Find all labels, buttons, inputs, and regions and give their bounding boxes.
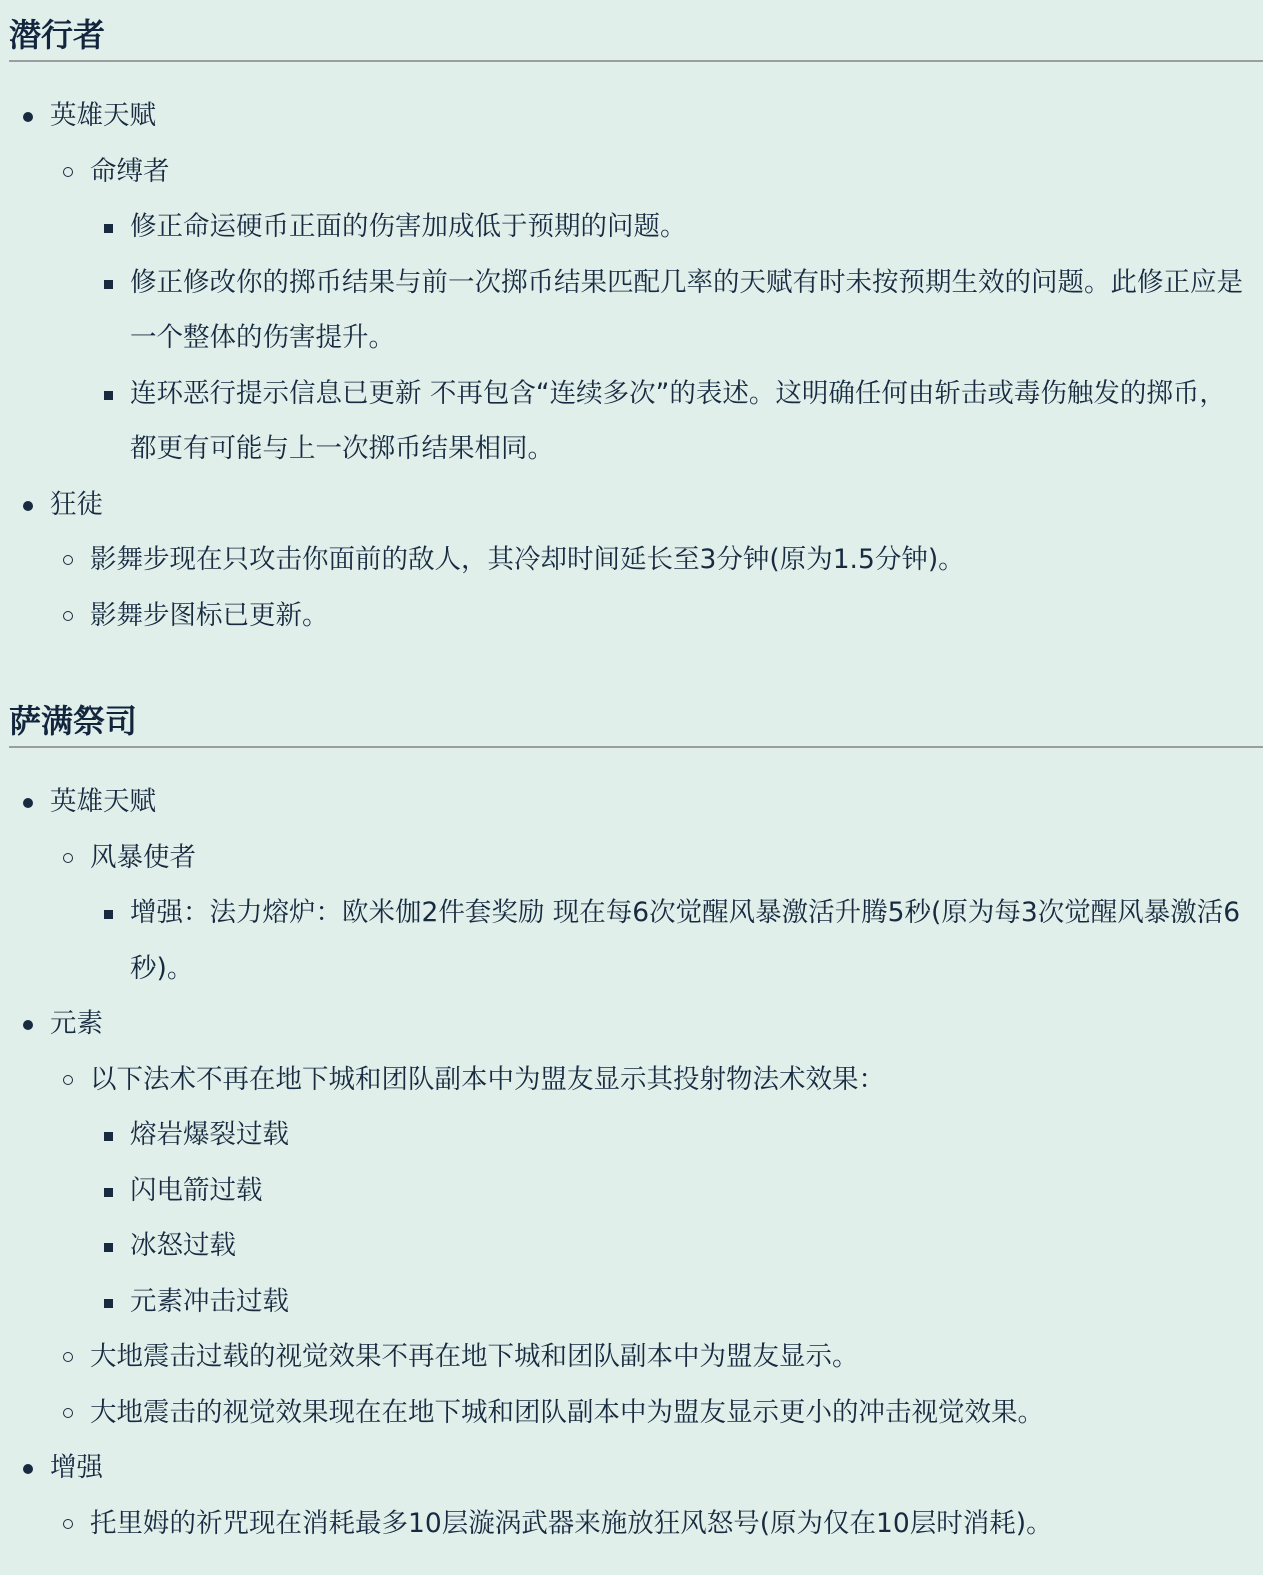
list-item-outlaw: 狂徒 影舞步现在只攻击你面前的敌人，其冷却时间延长至3分钟(原为1.5分钟)。 … [0, 477, 1263, 644]
list-item-note: 增强：法力熔炉：欧米伽2件套奖励 现在每6次觉醒风暴激活升腾5秒(原为每3次觉醒… [0, 885, 1263, 996]
rogue-list: 英雄天赋 命缚者 修正命运硬币正面的伤害加成低于预期的问题。 修正修改你的掷币结… [0, 88, 1263, 643]
list-item-note: 以下法术不再在地下城和团队副本中为盟友显示其投射物法术效果： 熔岩爆裂过载 闪电… [0, 1052, 1263, 1330]
list-item-spell: 熔岩爆裂过载 [0, 1107, 1263, 1163]
list-item-note: 影舞步现在只攻击你面前的敌人，其冷却时间延长至3分钟(原为1.5分钟)。 [0, 532, 1263, 588]
bullet-circle-icon [63, 1408, 73, 1418]
list-item-hero-talents: 英雄天赋 风暴使者 增强：法力熔炉：欧米伽2件套奖励 现在每6次觉醒风暴激活升腾… [0, 774, 1263, 996]
list-item-note: 连环恶行提示信息已更新 不再包含“连续多次”的表述。这明确任何由斩击或毒伤触发的… [0, 366, 1263, 477]
list-item-label: 风暴使者 [90, 830, 1263, 886]
list-item-note: 修正命运硬币正面的伤害加成低于预期的问题。 [0, 199, 1263, 255]
bullet-disc-icon [23, 798, 33, 808]
bullet-disc-icon [23, 112, 33, 122]
note-text: 影舞步图标已更新。 [90, 588, 1263, 644]
bullet-circle-icon [63, 1352, 73, 1362]
bullet-circle-icon [63, 1519, 73, 1529]
list-item-note: 大地震击过载的视觉效果不再在地下城和团队副本中为盟友显示。 [0, 1329, 1263, 1385]
list-item-label: 命缚者 [90, 144, 1263, 200]
bullet-square-icon [104, 280, 113, 289]
note-text: 托里姆的祈咒现在消耗最多10层漩涡武器来施放狂风怒号(原为仅在10层时消耗)。 [90, 1496, 1263, 1552]
list-item-spell: 冰怒过载 [0, 1218, 1263, 1274]
outlaw-notes: 影舞步现在只攻击你面前的敌人，其冷却时间延长至3分钟(原为1.5分钟)。 影舞步… [50, 532, 1263, 643]
spell-name: 冰怒过载 [130, 1218, 1263, 1274]
enhancement-notes: 托里姆的祈咒现在消耗最多10层漩涡武器来施放狂风怒号(原为仅在10层时消耗)。 [50, 1496, 1263, 1552]
section-rogue: 潜行者 英雄天赋 命缚者 修正命运硬币正面的伤害加成低于预期的问题。 [0, 12, 1263, 643]
bullet-circle-icon [63, 611, 73, 621]
spell-name: 元素冲击过载 [130, 1274, 1263, 1330]
hero-sublist: 命缚者 修正命运硬币正面的伤害加成低于预期的问题。 修正修改你的掷币结果与前一次… [50, 144, 1263, 477]
list-item-fatebound: 命缚者 修正命运硬币正面的伤害加成低于预期的问题。 修正修改你的掷币结果与前一次… [0, 144, 1263, 477]
section-divider [9, 60, 1263, 62]
section-title-rogue: 潜行者 [0, 12, 1263, 58]
note-text: 修正命运硬币正面的伤害加成低于预期的问题。 [130, 199, 1263, 255]
note-text: 以下法术不再在地下城和团队副本中为盟友显示其投射物法术效果： [90, 1052, 1263, 1108]
list-item-note: 影舞步图标已更新。 [0, 588, 1263, 644]
list-item-note: 大地震击的视觉效果现在在地下城和团队副本中为盟友显示更小的冲击视觉效果。 [0, 1385, 1263, 1441]
list-item-elemental: 元素 以下法术不再在地下城和团队副本中为盟友显示其投射物法术效果： 熔岩爆裂过载… [0, 996, 1263, 1440]
bullet-circle-icon [63, 555, 73, 565]
bullet-circle-icon [63, 167, 73, 177]
list-item-stormbringer: 风暴使者 增强：法力熔炉：欧米伽2件套奖励 现在每6次觉醒风暴激活升腾5秒(原为… [0, 830, 1263, 997]
section-shaman: 萨满祭司 英雄天赋 风暴使者 增强：法力熔炉：欧米伽2件套奖励 现在每6次觉醒风… [0, 698, 1263, 1551]
bullet-square-icon [104, 1243, 113, 1252]
list-item-note: 托里姆的祈咒现在消耗最多10层漩涡武器来施放狂风怒号(原为仅在10层时消耗)。 [0, 1496, 1263, 1552]
bullet-square-icon [104, 910, 113, 919]
list-item-label: 元素 [50, 996, 1263, 1052]
note-text: 增强：法力熔炉：欧米伽2件套奖励 现在每6次觉醒风暴激活升腾5秒(原为每3次觉醒… [130, 885, 1263, 996]
fatebound-notes: 修正命运硬币正面的伤害加成低于预期的问题。 修正修改你的掷币结果与前一次掷币结果… [90, 199, 1263, 477]
hero-sublist: 风暴使者 增强：法力熔炉：欧米伽2件套奖励 现在每6次觉醒风暴激活升腾5秒(原为… [50, 830, 1263, 997]
bullet-circle-icon [63, 1075, 73, 1085]
note-text: 连环恶行提示信息已更新 不再包含“连续多次”的表述。这明确任何由斩击或毒伤触发的… [130, 366, 1263, 477]
bullet-square-icon [104, 1188, 113, 1197]
section-divider [9, 746, 1263, 748]
bullet-square-icon [104, 224, 113, 233]
bullet-square-icon [104, 1132, 113, 1141]
elemental-notes: 以下法术不再在地下城和团队副本中为盟友显示其投射物法术效果： 熔岩爆裂过载 闪电… [50, 1052, 1263, 1441]
bullet-square-icon [104, 1299, 113, 1308]
bullet-disc-icon [23, 1020, 33, 1030]
list-item-note: 修正修改你的掷币结果与前一次掷币结果匹配几率的天赋有时未按预期生效的问题。此修正… [0, 255, 1263, 366]
bullet-disc-icon [23, 1464, 33, 1474]
list-item-label: 英雄天赋 [50, 88, 1263, 144]
list-item-label: 狂徒 [50, 477, 1263, 533]
note-text: 影舞步现在只攻击你面前的敌人，其冷却时间延长至3分钟(原为1.5分钟)。 [90, 532, 1263, 588]
list-item-spell: 闪电箭过载 [0, 1163, 1263, 1219]
spell-name: 闪电箭过载 [130, 1163, 1263, 1219]
list-item-spell: 元素冲击过载 [0, 1274, 1263, 1330]
spell-list: 熔岩爆裂过载 闪电箭过载 冰怒过载 元素冲击过载 [90, 1107, 1263, 1329]
bullet-disc-icon [23, 501, 33, 511]
stormbringer-notes: 增强：法力熔炉：欧米伽2件套奖励 现在每6次觉醒风暴激活升腾5秒(原为每3次觉醒… [90, 885, 1263, 996]
note-text: 大地震击的视觉效果现在在地下城和团队副本中为盟友显示更小的冲击视觉效果。 [90, 1385, 1263, 1441]
section-title-shaman: 萨满祭司 [0, 698, 1263, 744]
list-item-enhancement: 增强 托里姆的祈咒现在消耗最多10层漩涡武器来施放狂风怒号(原为仅在10层时消耗… [0, 1440, 1263, 1551]
shaman-list: 英雄天赋 风暴使者 增强：法力熔炉：欧米伽2件套奖励 现在每6次觉醒风暴激活升腾… [0, 774, 1263, 1551]
list-item-label: 增强 [50, 1440, 1263, 1496]
list-item-hero-talents: 英雄天赋 命缚者 修正命运硬币正面的伤害加成低于预期的问题。 修正修改你的掷币结… [0, 88, 1263, 477]
bullet-circle-icon [63, 853, 73, 863]
list-item-label: 英雄天赋 [50, 774, 1263, 830]
note-text: 大地震击过载的视觉效果不再在地下城和团队副本中为盟友显示。 [90, 1329, 1263, 1385]
spell-name: 熔岩爆裂过载 [130, 1107, 1263, 1163]
note-text: 修正修改你的掷币结果与前一次掷币结果匹配几率的天赋有时未按预期生效的问题。此修正… [130, 255, 1263, 366]
bullet-square-icon [104, 391, 113, 400]
